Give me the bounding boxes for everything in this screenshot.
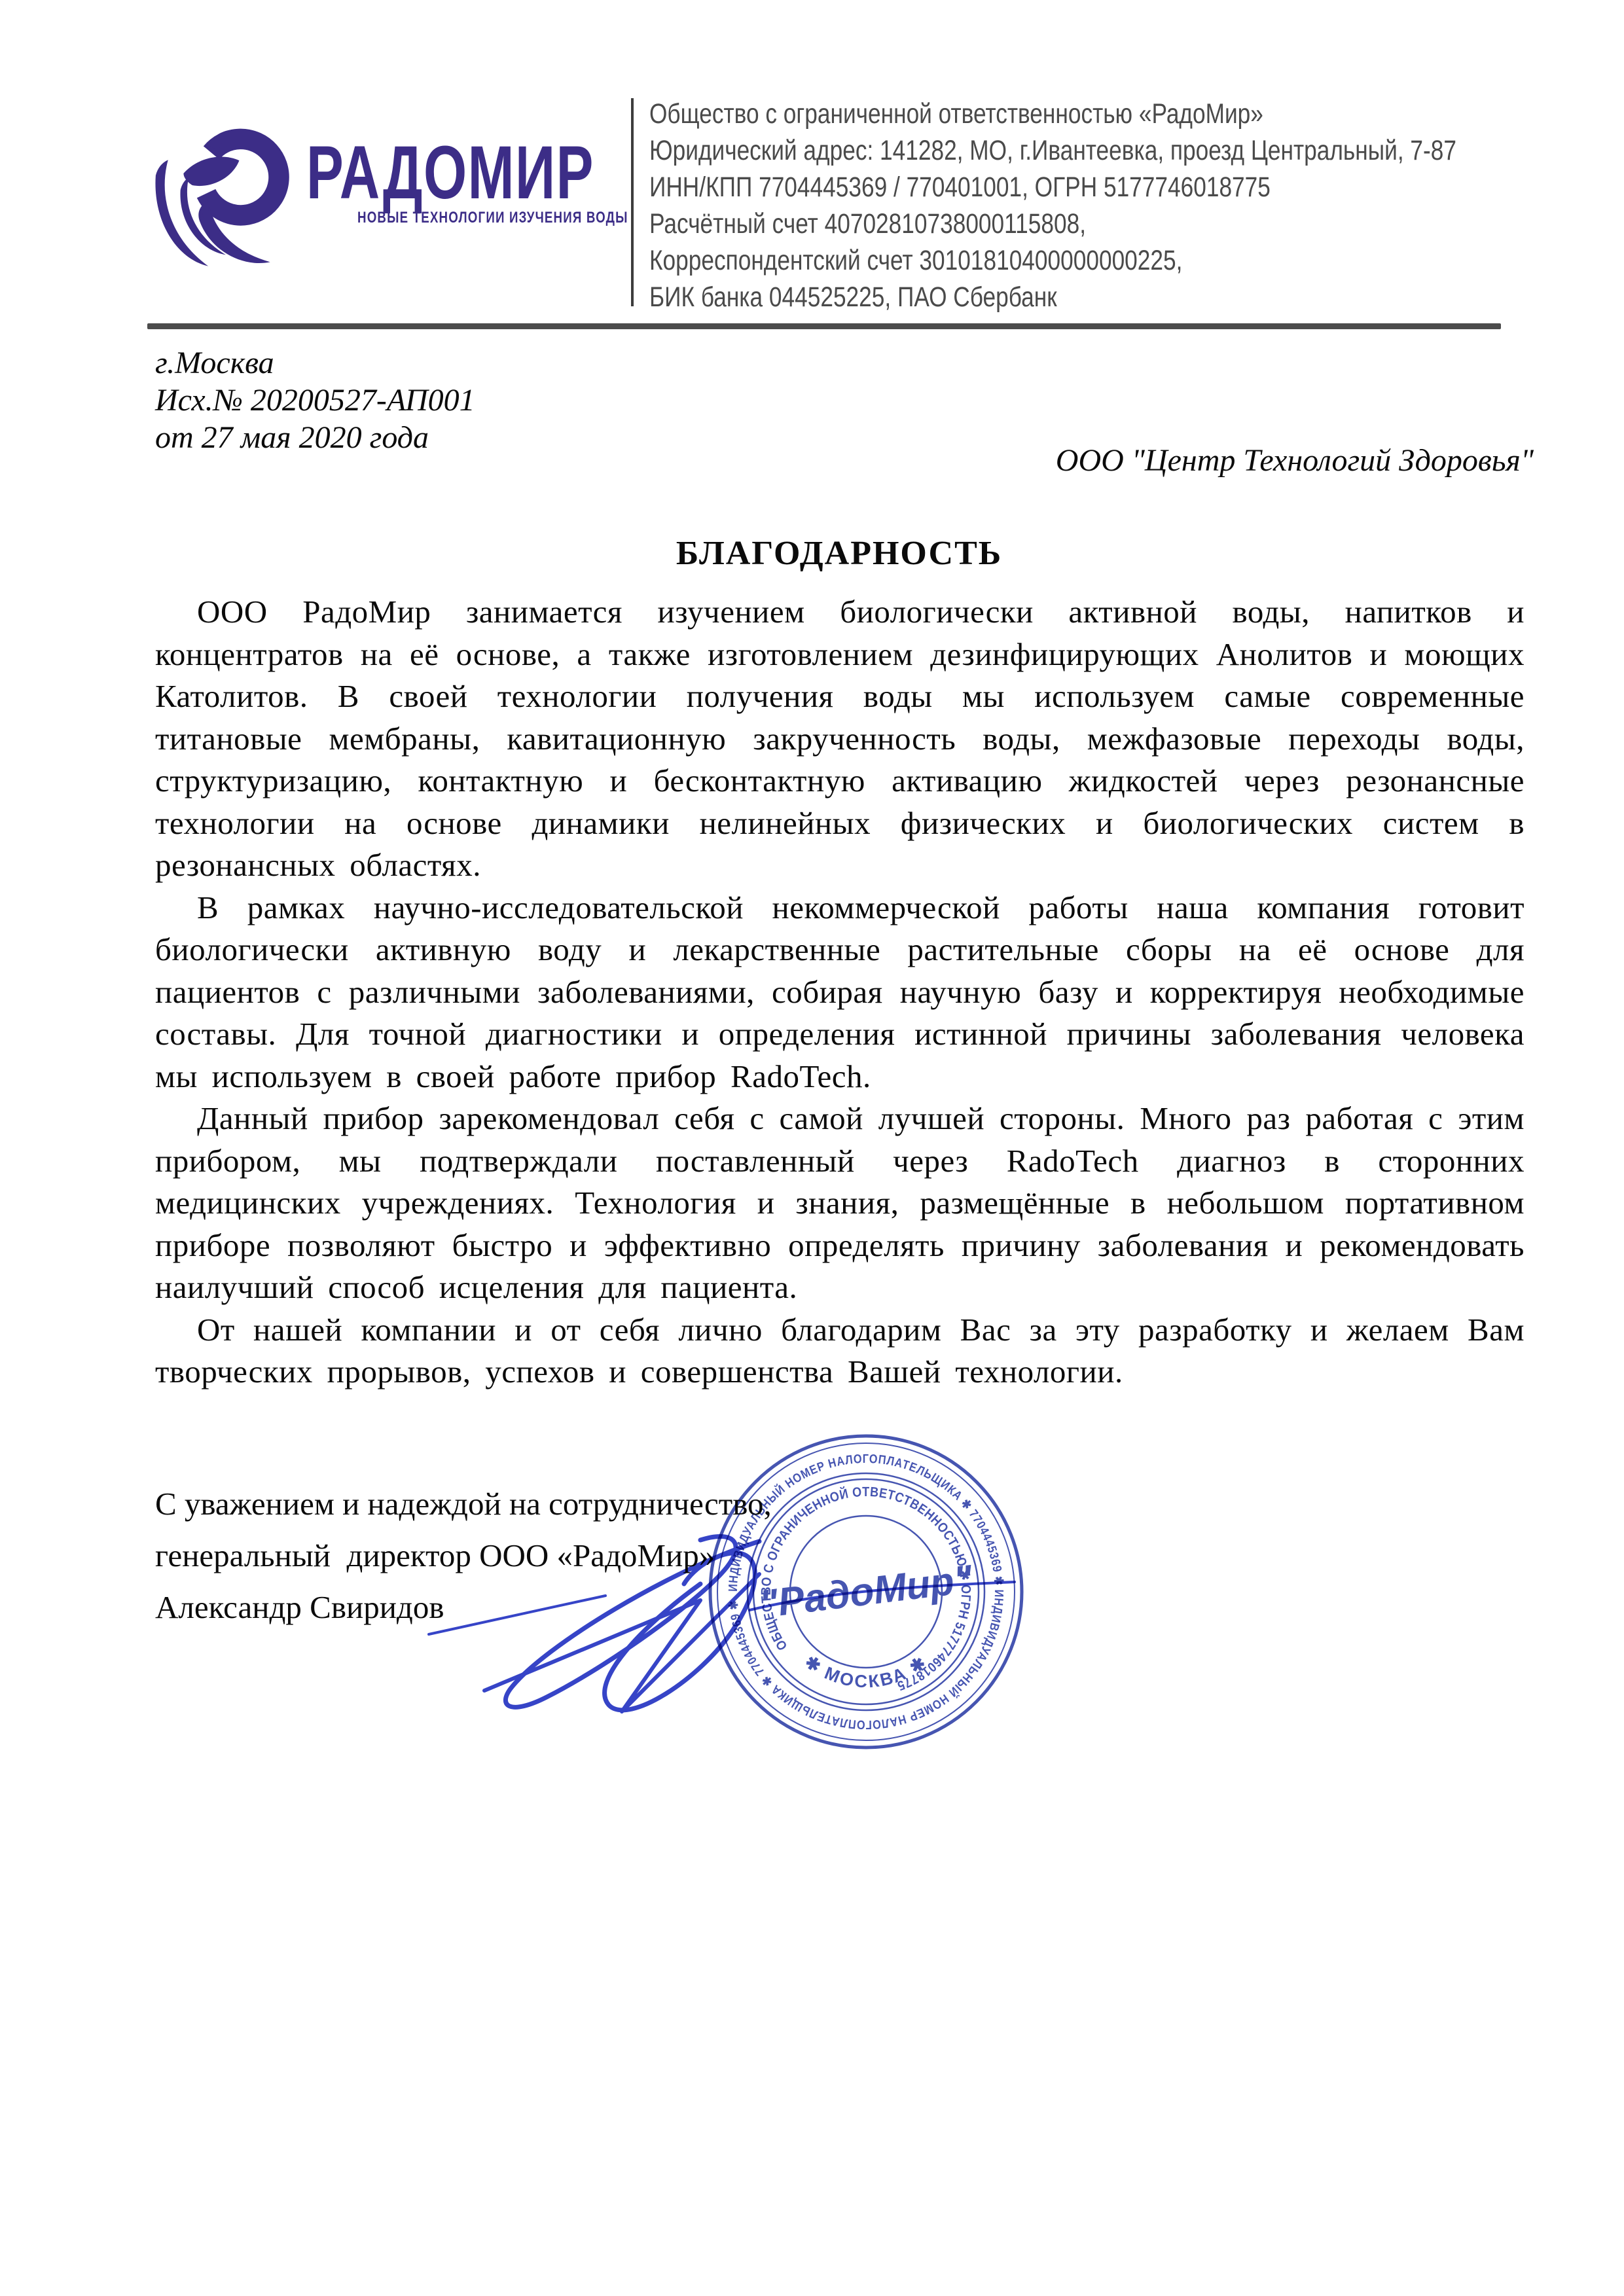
letter-page: { "page": {"width": 2481, "height": 3508… <box>0 0 1624 2296</box>
company-detail-line: Юридический адрес: 141282, МО, г.Ивантее… <box>649 132 1401 169</box>
radomir-logo-mark <box>151 103 316 301</box>
company-detail-line: Расчётный счет 40702810738000115808, <box>649 206 1401 242</box>
meta-ref-number: Исх.№ 20200527-АП001 <box>155 382 475 419</box>
company-detail-line: ИНН/КПП 7704445369 / 770401001, ОГРН 517… <box>649 169 1401 206</box>
body-paragraph: От нашей компании и от себя лично благод… <box>155 1309 1525 1393</box>
letter-meta: г.Москва Исх.№ 20200527-АП001 от 27 мая … <box>155 344 475 456</box>
header-rule <box>147 323 1501 329</box>
document-title: БЛАГОДАРНОСТЬ <box>155 534 1523 573</box>
brand-wordmark: РАДОМИР <box>306 134 594 213</box>
body-paragraph: В рамках научно-исследовательской некомм… <box>155 887 1525 1098</box>
company-details: Общество с ограниченной ответственностью… <box>649 96 1401 315</box>
brand-tagline: НОВЫЕ ТЕХНОЛОГИИ ИЗУЧЕНИЯ ВОДЫ <box>357 209 628 227</box>
header-vertical-divider <box>631 98 634 306</box>
meta-city: г.Москва <box>155 344 475 382</box>
company-stamp: ИНДИВИДУАЛЬНЫЙ НОМЕР НАЛОГОПЛАТЕЛЬЩИКА ✱… <box>702 1428 1030 1755</box>
company-logo: РАДОМИР НОВЫЕ ТЕХНОЛОГИИ ИЗУЧЕНИЯ ВОДЫ <box>151 97 638 313</box>
company-detail-line: Общество с ограниченной ответственностью… <box>649 96 1401 132</box>
letter-body: ООО РадоМир занимается изучением биологи… <box>155 591 1525 1393</box>
company-detail-line: БИК банка 044525225, ПАО Сбербанк <box>649 279 1401 315</box>
body-paragraph: Данный прибор зарекомендовал себя с само… <box>155 1098 1525 1309</box>
body-paragraph: ООО РадоМир занимается изучением биологи… <box>155 591 1525 887</box>
recipient-line: ООО "Центр Технологий Здоровья" <box>155 442 1534 478</box>
stamp-center-text: "РадоМир" <box>757 1556 976 1626</box>
company-detail-line: Корреспондентский счет 30101810400000000… <box>649 242 1401 279</box>
